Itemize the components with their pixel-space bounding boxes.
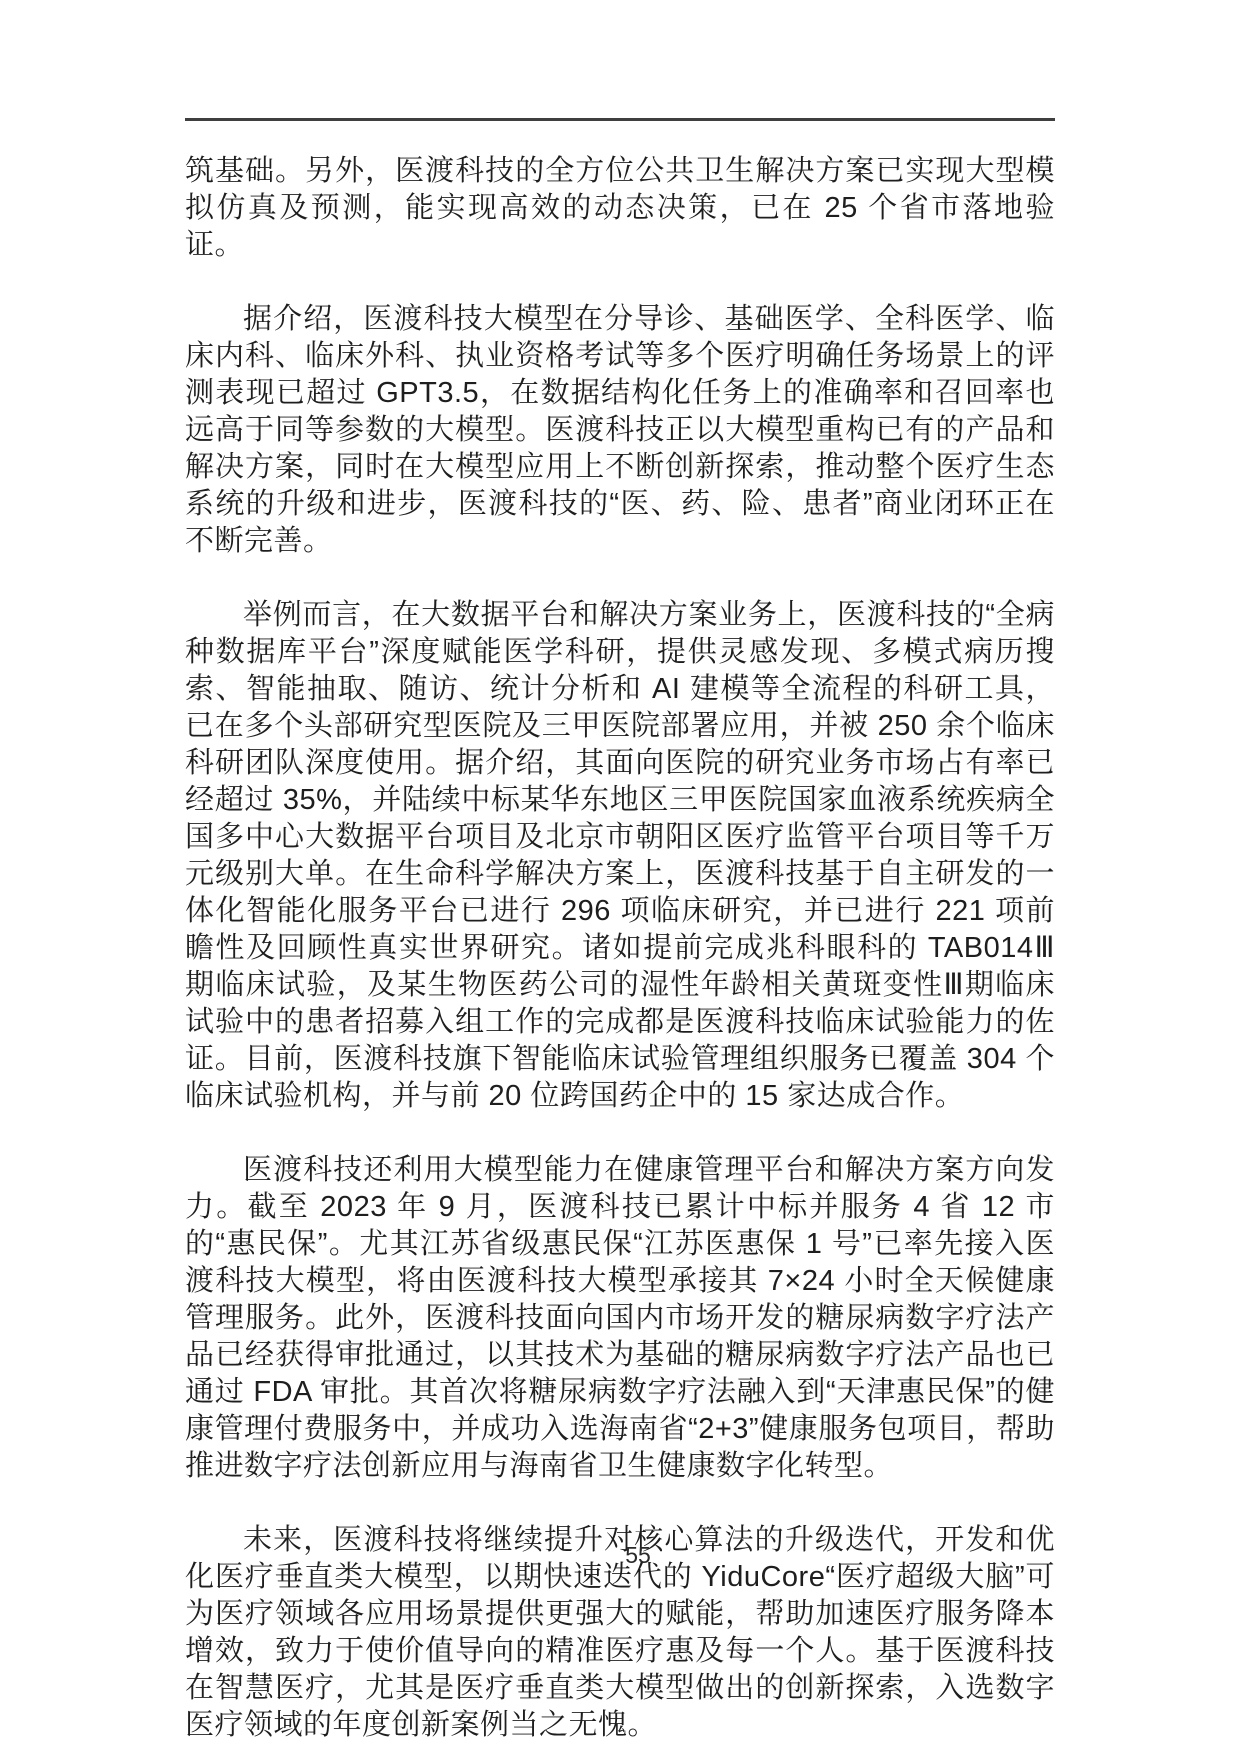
header-rule (185, 118, 1055, 121)
paragraph: 医渡科技还利用大模型能力在健康管理平台和解决方案方向发力。截至 2023 年 9… (185, 1152, 1055, 1485)
document-body: 筑基础。另外，医渡科技的全方位公共卫生解决方案已实现大型模拟仿真及预测，能实现高… (185, 153, 1055, 1744)
paragraph: 据介绍，医渡科技大模型在分导诊、基础医学、全科医学、临床内科、临床外科、执业资格… (185, 301, 1055, 560)
page-number: 55 (18, 1541, 1240, 1569)
document-page: 筑基础。另外，医渡科技的全方位公共卫生解决方案已实现大型模拟仿真及预测，能实现高… (0, 0, 1240, 1754)
paragraph: 筑基础。另外，医渡科技的全方位公共卫生解决方案已实现大型模拟仿真及预测，能实现高… (185, 153, 1055, 264)
paragraph: 举例而言，在大数据平台和解决方案业务上，医渡科技的“全病种数据库平台”深度赋能医… (185, 597, 1055, 1115)
